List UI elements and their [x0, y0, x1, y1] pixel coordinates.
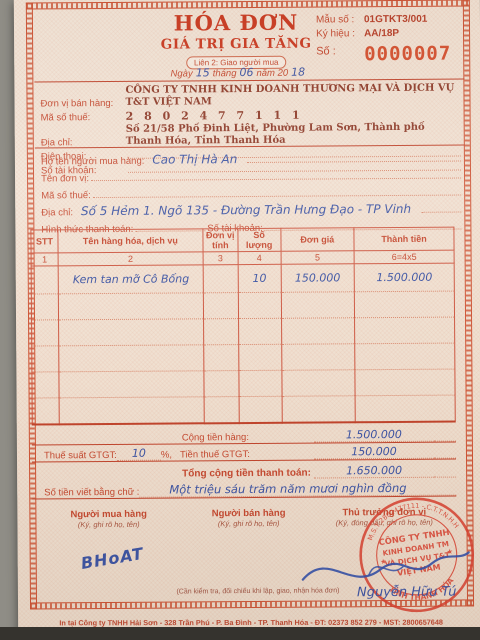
buyer-signature: BHoAT: [80, 544, 146, 573]
percent-label: %,: [161, 450, 172, 461]
invoice-title: HÓA ĐƠN: [136, 9, 336, 35]
blank-line: [93, 186, 461, 199]
seller-tax-code: 2 8 0 2 4 7 7 1 1 1: [126, 110, 304, 123]
footer-print-info: In tại Công ty TNHH Hải Sơn - 328 Trần P…: [28, 618, 474, 628]
table-row-empty: [32, 395, 455, 424]
seller-tax-label: Mã số thuế:: [41, 112, 126, 124]
subtotal-label: Cộng tiền hàng:: [182, 432, 249, 443]
items-table: STT Tên hàng hóa, dịch vụ Đơn vị tính Số…: [30, 227, 455, 425]
totals-section: Cộng tiền hàng: 1.500.000 Thuế suất GTGT…: [32, 426, 456, 500]
buyer-name: Cao Thị Hà An: [144, 152, 245, 167]
blank-line: [421, 203, 461, 213]
item-qty: 10: [238, 264, 281, 292]
seller-sig-note: (Ký, ghi rõ họ, tên): [185, 519, 312, 529]
invoice-subtitle: GIÁ TRỊ GIA TĂNG: [136, 35, 336, 52]
buyer-tax-label: Mã số thuế:: [41, 190, 91, 201]
invoice-paper: HÓA ĐƠN GIÁ TRỊ GIA TĂNG Liên 2: Giao ng…: [14, 0, 480, 634]
buyer-address: Số 5 Hẻm 1. Ngõ 135 - Đường Trần Hưng Đạ…: [73, 202, 419, 218]
buyer-name-label: Họ tên người mua hàng:: [41, 156, 145, 168]
table-row-empty: [32, 343, 455, 372]
item-name: Kem tan mỡ Cô Bống: [58, 265, 203, 294]
item-price: 150.000: [281, 264, 355, 293]
invoice-date: Ngày15tháng06năm 2018: [124, 65, 354, 80]
serial-number: AA/18P: [364, 27, 399, 41]
serial-label: Ký hiệu :: [316, 27, 364, 41]
amount-words-label: Số tiền viết bằng chữ :: [44, 487, 139, 499]
buyer-section: Họ tên người mua hàng:Cao Thị Hà An Tên …: [41, 149, 464, 237]
date-day: 15: [193, 66, 213, 79]
subtotal-value: 1.500.000: [314, 428, 434, 443]
form-number: 01GTKT3/001: [364, 13, 427, 27]
table-row-empty: [31, 291, 454, 320]
buyer-company-label: Tên đơn vị:: [41, 173, 89, 184]
ornate-border-top: [26, 0, 470, 10]
table-header-row: STT Tên hàng hóa, dịch vụ Đơn vị tính Số…: [31, 227, 454, 253]
col-price: Đơn giá: [280, 228, 354, 252]
director-signature-block: Thủ trưởng đơn vị (Ký, đóng dấu, ghi rõ …: [312, 507, 456, 528]
date-year: 18: [288, 66, 308, 79]
col-unit: Đơn vị tính: [203, 229, 238, 252]
invoice-meta: Mẫu số :01GTKT3/001 Ký hiệu :AA/18P Số :…: [316, 12, 468, 64]
col-qty: Số lượng: [238, 228, 281, 251]
form-label: Mẫu số :: [316, 13, 364, 27]
vat-label: Tiền thuế GTGT:: [180, 449, 250, 460]
seller-name-label: Đơn vị bán hàng:: [40, 98, 125, 110]
date-month: 06: [236, 66, 256, 79]
signature-section: Người mua hàng (Ký, ghi rõ họ, tên) BHoA…: [32, 507, 456, 530]
col-stt: STT: [31, 230, 58, 253]
vat-rate-label: Thuế suất GTGT:: [44, 450, 117, 462]
buyer-address-label: Địa chỉ:: [41, 207, 73, 218]
table-row: Kem tan mỡ Cô Bống 10 150.000 1.500.000: [31, 263, 454, 294]
item-amount: 1.500.000: [354, 263, 454, 292]
blank-line: [247, 152, 461, 163]
seller-signature-block: Người bán hàng (Ký, ghi rõ họ, tên): [185, 508, 312, 529]
seller-sig-title: Người bán hàng: [185, 508, 312, 520]
seller-name: CÔNG TY TNHH KINH DOANH THƯƠNG MẠI VÀ DỊ…: [125, 83, 462, 109]
vat-rate-value: 10: [117, 447, 161, 461]
col-amount: Thành tiền: [354, 227, 454, 251]
grand-total-label: Tổng cộng tiền thanh toán:: [182, 468, 311, 480]
invoice-number: 0000007: [364, 44, 451, 65]
col-item: Tên hàng hóa, dịch vụ: [58, 229, 203, 253]
blank-line: [91, 169, 461, 182]
divider: [34, 78, 464, 82]
table-row-empty: [32, 369, 455, 398]
invoice-header: HÓA ĐƠN GIÁ TRỊ GIA TĂNG Liên 2: Giao ng…: [136, 9, 336, 70]
grand-total-value: 1.650.000: [314, 464, 434, 479]
buyer-signature-block: Người mua hàng (Ký, ghi rõ họ, tên) BHoA…: [32, 508, 185, 529]
photo-background-strip: [0, 627, 480, 640]
number-label: Số :: [316, 44, 364, 64]
buyer-sig-note: (Ký, ghi rõ họ, tên): [32, 519, 185, 529]
table-row-empty: [32, 317, 455, 346]
vat-value: 150.000: [314, 445, 434, 460]
